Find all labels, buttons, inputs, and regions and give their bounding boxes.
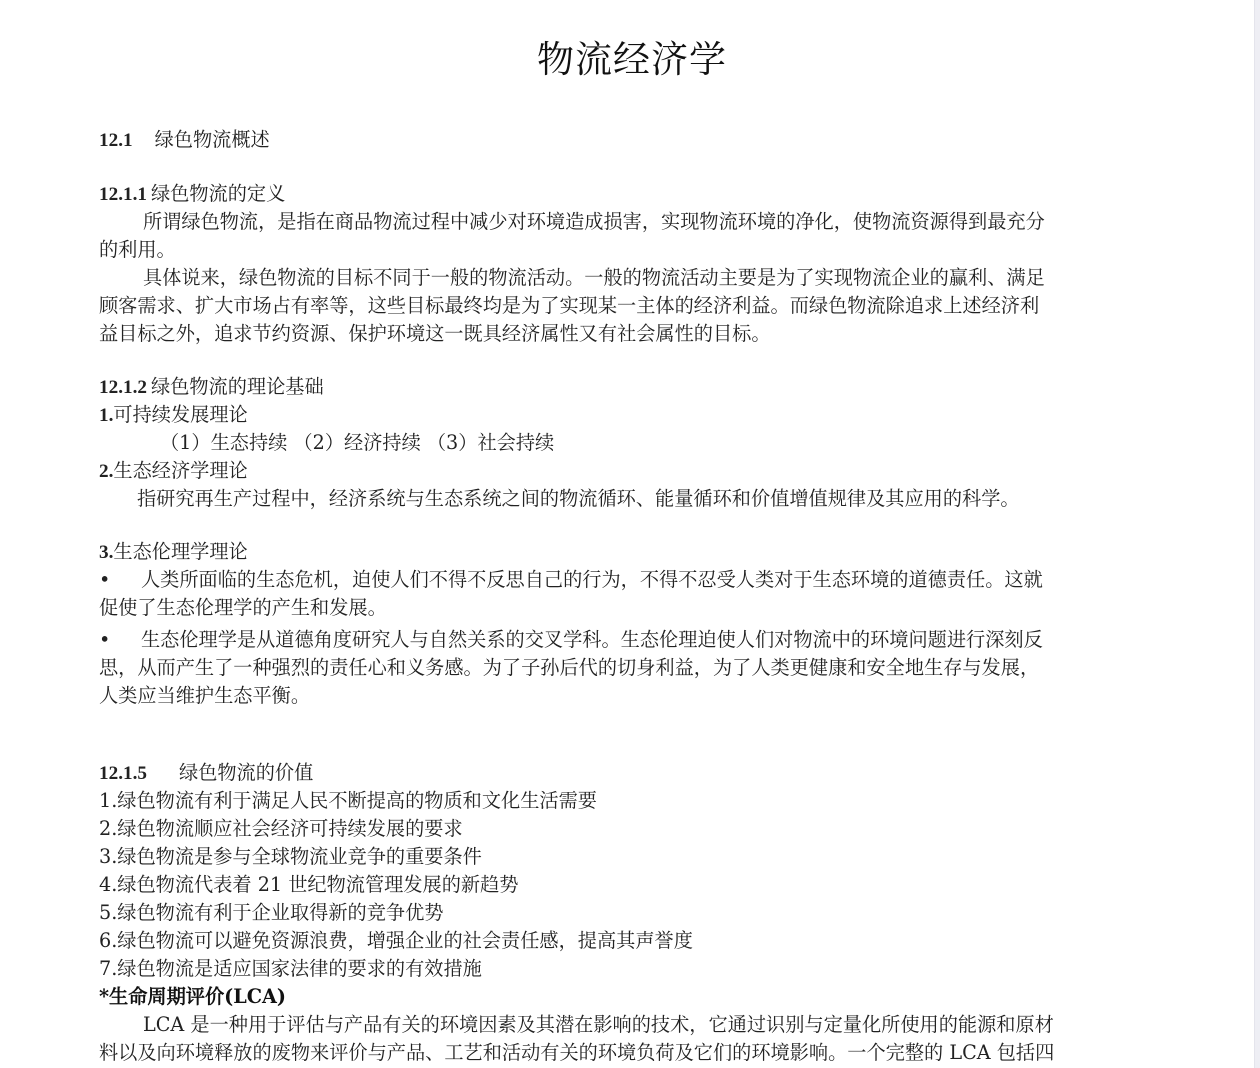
theory-2-heading: 2.生态经济学理论 bbox=[99, 457, 248, 486]
theory-number: 1. bbox=[99, 405, 113, 426]
section-title: 绿色物流的定义 bbox=[151, 182, 285, 205]
section-number: 12.1 bbox=[99, 130, 133, 151]
value-item: 5.绿色物流有利于企业取得新的竞争优势 bbox=[99, 899, 444, 927]
theory-title: 可持续发展理论 bbox=[113, 403, 247, 426]
paragraph-line: 人类应当维护生态平衡。 bbox=[99, 682, 310, 710]
bullet-item: •生态伦理学是从道德角度研究人与自然关系的交叉学科。生态伦理迫使人们对物流中的环… bbox=[99, 626, 1043, 654]
theory-1-heading: 1.可持续发展理论 bbox=[99, 401, 248, 430]
section-title: 绿色物流的理论基础 bbox=[151, 375, 324, 398]
paragraph-line: 促使了生态伦理学的产生和发展。 bbox=[99, 594, 387, 622]
bullet-icon: • bbox=[99, 626, 141, 654]
value-item: 7.绿色物流是适应国家法律的要求的有效措施 bbox=[99, 955, 482, 983]
theory-title: 生态伦理学理论 bbox=[113, 540, 247, 563]
section-heading-12-1-1: 12.1.1绿色物流的定义 bbox=[99, 180, 285, 209]
section-title: 绿色物流的价值 bbox=[179, 761, 313, 784]
section-title: 绿色物流概述 bbox=[155, 128, 270, 151]
theory-number: 3. bbox=[99, 542, 113, 563]
paragraph-line: 的利用。 bbox=[99, 236, 176, 264]
section-number: 12.1.2 bbox=[99, 377, 147, 398]
section-number: 12.1.1 bbox=[99, 184, 147, 205]
theory-title: 生态经济学理论 bbox=[113, 459, 247, 482]
theory-number: 2. bbox=[99, 461, 113, 482]
value-item: 3.绿色物流是参与全球物流业竞争的重要条件 bbox=[99, 843, 482, 871]
paragraph-line: 具体说来，绿色物流的目标不同于一般的物流活动。一般的物流活动主要是为了实现物流企… bbox=[143, 264, 1045, 292]
bullet-item: •人类所面临的生态危机，迫使人们不得不反思自己的行为，不得不忍受人类对于生态环境… bbox=[99, 566, 1043, 594]
value-item: 1.绿色物流有利于满足人民不断提高的物质和文化生活需要 bbox=[99, 787, 597, 815]
section-heading-12-1-2: 12.1.2绿色物流的理论基础 bbox=[99, 373, 324, 402]
lca-heading: *生命周期评价(LCA) bbox=[99, 983, 286, 1011]
paragraph-line: 所谓绿色物流，是指在商品物流过程中减少对环境造成损害，实现物流环境的净化，使物流… bbox=[143, 208, 1045, 236]
value-item: 4.绿色物流代表着 21 世纪物流管理发展的新趋势 bbox=[99, 871, 518, 899]
paragraph-line: 顾客需求、扩大市场占有率等，这些目标最终均是为了实现某一主体的经济利益。而绿色物… bbox=[99, 292, 1039, 320]
section-number: 12.1.5 bbox=[99, 763, 147, 784]
value-item: 6.绿色物流可以避免资源浪费，增强企业的社会责任感，提高其声誉度 bbox=[99, 927, 693, 955]
paragraph-line: 料以及向环境释放的废物来评价与产品、工艺和活动有关的环境负荷及它们的环境影响。一… bbox=[99, 1039, 1054, 1067]
section-heading-12-1-5: 12.1.5绿色物流的价值 bbox=[99, 759, 313, 788]
page-edge-scrollbar[interactable] bbox=[1254, 0, 1260, 1068]
section-heading-12-1: 12.1绿色物流概述 bbox=[99, 126, 270, 155]
bullet-text: 人类所面临的生态危机，迫使人们不得不反思自己的行为，不得不忍受人类对于生态环境的… bbox=[141, 568, 1043, 591]
theory-3-heading: 3.生态伦理学理论 bbox=[99, 538, 248, 567]
value-item: 2.绿色物流顺应社会经济可持续发展的要求 bbox=[99, 815, 463, 843]
document-title: 物流经济学 bbox=[0, 36, 1260, 84]
paragraph-line: 益目标之外，追求节约资源、保护环境这一既具经济属性又有社会属性的目标。 bbox=[99, 320, 771, 348]
bullet-text: 生态伦理学是从道德角度研究人与自然关系的交叉学科。生态伦理迫使人们对物流中的环境… bbox=[141, 628, 1043, 651]
theory-1-items: （1）生态持续 （2）经济持续 （3）社会持续 bbox=[160, 429, 554, 457]
bullet-icon: • bbox=[99, 566, 141, 594]
document-page: 物流经济学 12.1绿色物流概述 12.1.1绿色物流的定义 所谓绿色物流，是指… bbox=[0, 0, 1255, 1068]
theory-2-description: 指研究再生产过程中，经济系统与生态系统之间的物流循环、能量循环和价值增值规律及其… bbox=[137, 485, 1020, 513]
paragraph-line: LCA 是一种用于评估与产品有关的环境因素及其潜在影响的技术，它通过识别与定量化… bbox=[143, 1011, 1054, 1039]
paragraph-line: 思，从而产生了一种强烈的责任心和义务感。为了子孙后代的切身利益，为了人类更健康和… bbox=[99, 654, 1039, 682]
